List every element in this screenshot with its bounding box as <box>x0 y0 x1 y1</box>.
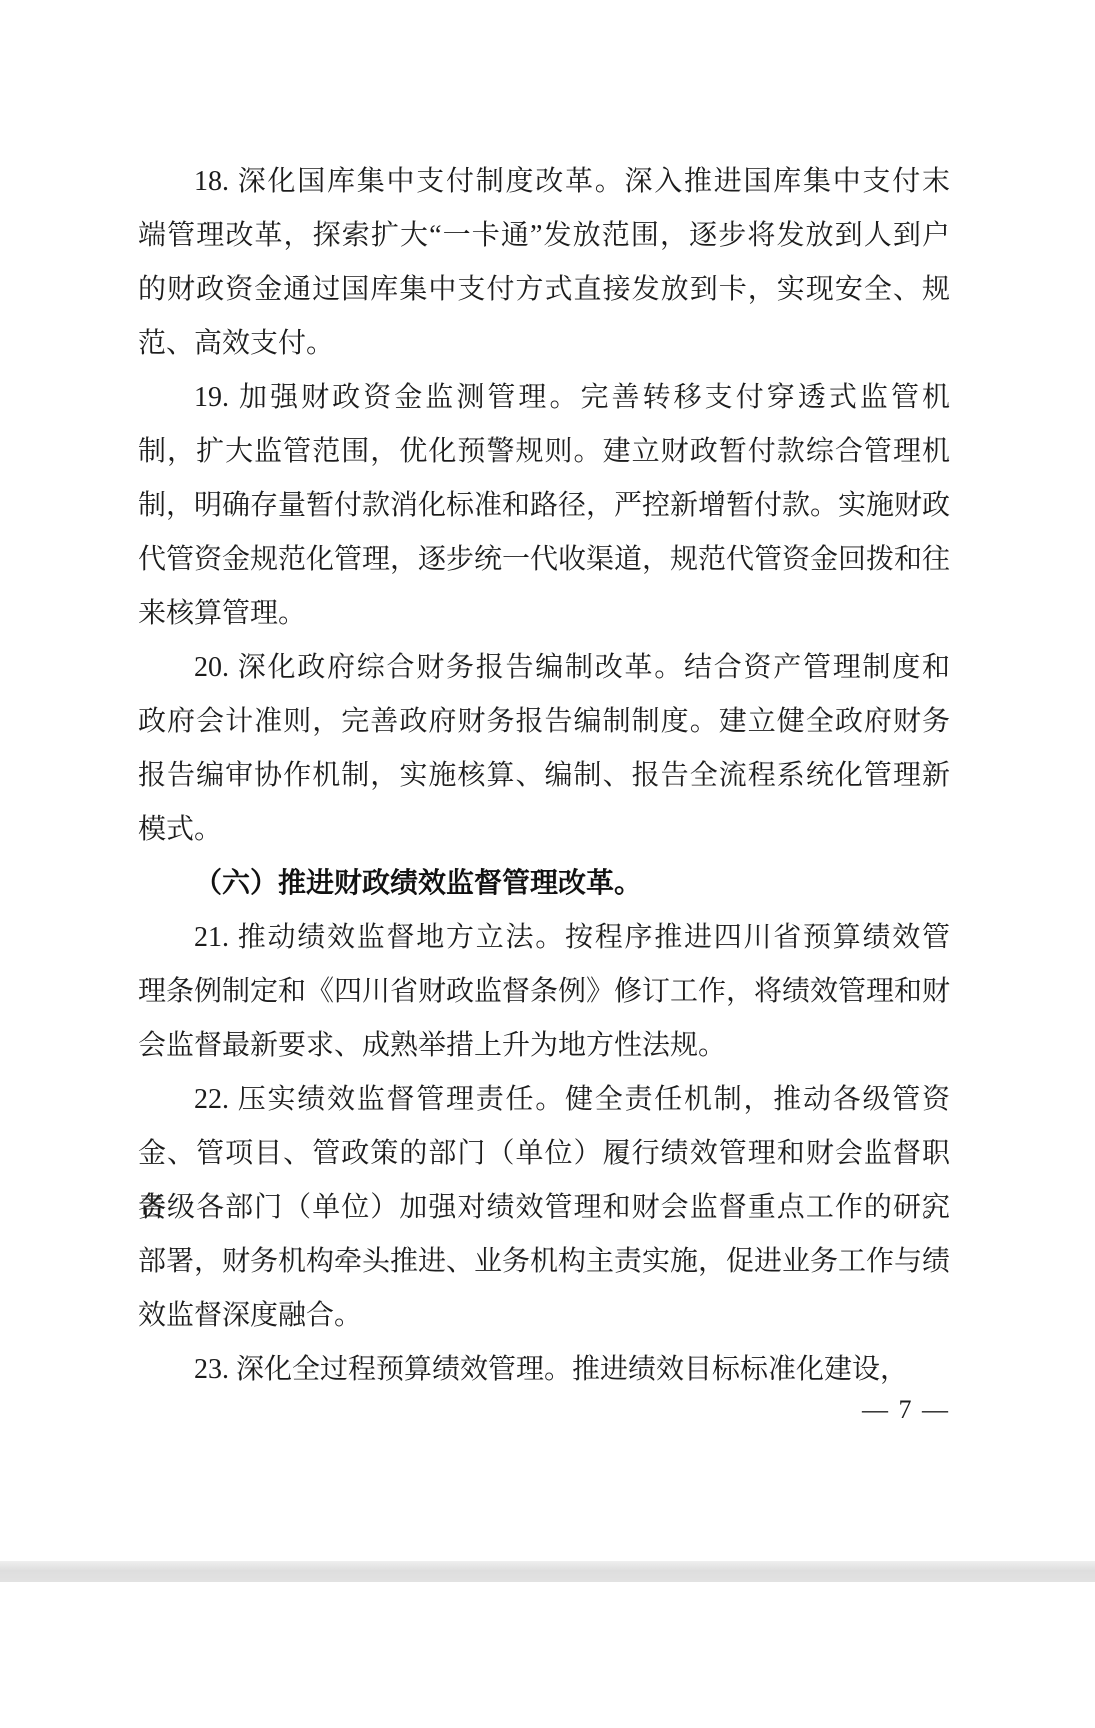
document-body: 18. 深化国库集中支付制度改革。深入推进国库集中支付末端管理改革，探索扩大“一… <box>138 155 950 1397</box>
paragraph-line: 范、高效支付。 <box>138 317 950 371</box>
page-number: — 7 — <box>138 1390 950 1430</box>
paragraph-line: 代管资金规范化管理，逐步统一代收渠道，规范代管资金回拨和往 <box>138 533 950 587</box>
paragraph-line: 制，明确存量暂付款消化标准和路径，严控新增暂付款。实施财政 <box>138 479 950 533</box>
paragraph-line: 政府会计准则，完善政府财务报告编制制度。建立健全政府财务 <box>138 695 950 749</box>
paragraph-line: 金、管项目、管政策的部门（单位）履行绩效管理和财会监督职责。 <box>138 1127 950 1181</box>
paragraph-line: 各级各部门（单位）加强对绩效管理和财会监督重点工作的研究 <box>138 1181 950 1235</box>
page-separator <box>0 1561 1095 1582</box>
paragraph-line: 模式。 <box>138 803 950 857</box>
paragraph-line: 来核算管理。 <box>138 587 950 641</box>
paragraph-line: 端管理改革，探索扩大“一卡通”发放范围，逐步将发放到人到户 <box>138 209 950 263</box>
paragraph-line: 19. 加强财政资金监测管理。完善转移支付穿透式监管机 <box>138 371 950 425</box>
paragraph-line: 23. 深化全过程预算绩效管理。推进绩效目标标准化建设， <box>138 1343 950 1397</box>
paragraph-line: 报告编审协作机制，实施核算、编制、报告全流程系统化管理新 <box>138 749 950 803</box>
paragraph-line: 20. 深化政府综合财务报告编制改革。结合资产管理制度和 <box>138 641 950 695</box>
paragraph-line: 的财政资金通过国库集中支付方式直接发放到卡，实现安全、规 <box>138 263 950 317</box>
paragraph-line: 18. 深化国库集中支付制度改革。深入推进国库集中支付末 <box>138 155 950 209</box>
document-page-next <box>0 1582 1095 1728</box>
paragraph-line: 会监督最新要求、成熟举措上升为地方性法规。 <box>138 1019 950 1073</box>
paragraph-line: 效监督深度融合。 <box>138 1289 950 1343</box>
paragraph-line: 22. 压实绩效监督管理责任。健全责任机制，推动各级管资 <box>138 1073 950 1127</box>
document-page-7: 18. 深化国库集中支付制度改革。深入推进国库集中支付末端管理改革，探索扩大“一… <box>0 0 1095 1561</box>
paragraph-line: 部署，财务机构牵头推进、业务机构主责实施，促进业务工作与绩 <box>138 1235 950 1289</box>
paragraph-line: 制，扩大监管范围，优化预警规则。建立财政暂付款综合管理机 <box>138 425 950 479</box>
paragraph-line: 理条例制定和《四川省财政监督条例》修订工作，将绩效管理和财 <box>138 965 950 1019</box>
section-heading-line: （六）推进财政绩效监督管理改革。 <box>138 857 950 911</box>
paragraph-line: 21. 推动绩效监督地方立法。按程序推进四川省预算绩效管 <box>138 911 950 965</box>
